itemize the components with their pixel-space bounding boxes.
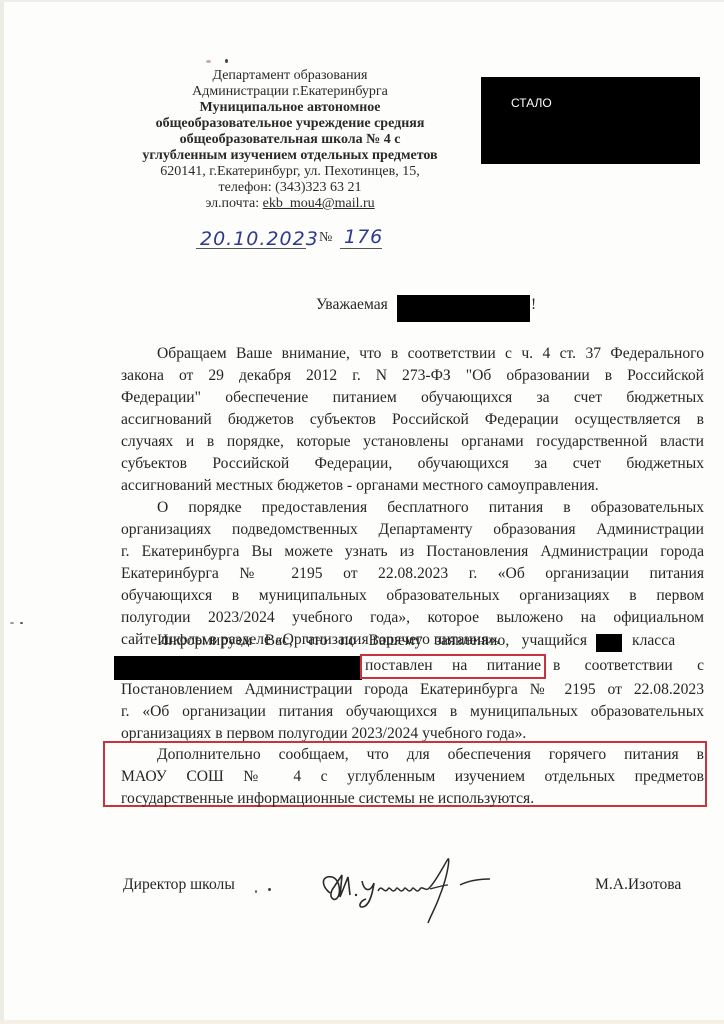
letterhead-phone: телефон: (343)323 63 21 xyxy=(120,180,460,196)
letterhead-department: Департамент образования xyxy=(120,68,460,84)
handwritten-date: 20.10.2023 xyxy=(200,228,319,250)
text-line: МАОУ СОШ № 4 с углубленным изучением отд… xyxy=(121,767,704,786)
text-line: О порядке предоставления бесплатного пит… xyxy=(157,498,704,517)
handwritten-number: 176 xyxy=(344,226,383,248)
email-link[interactable]: ekb_mou4@mail.ru xyxy=(263,196,375,211)
scan-speck xyxy=(20,622,23,624)
text-line: в соответствии с xyxy=(553,656,704,675)
highlight-box-meal-status xyxy=(360,654,546,679)
greeting-exclamation: ! xyxy=(531,296,536,314)
text-line: г. Екатеринбурга Вы можете узнать из Пос… xyxy=(121,542,704,561)
text-line: полугодии 2023/2024 учебного года», кото… xyxy=(121,608,704,627)
signatory-title: Директор школы xyxy=(123,876,235,894)
text-line: организациях подведомственных Департамен… xyxy=(121,520,704,539)
letterhead-school-line-2: общеобразовательное учреждение средняя xyxy=(120,116,460,132)
text-line: субъектов Российской Федерации, обучающи… xyxy=(121,454,704,473)
text-line: Информируем Вас, что по Вашему заявлению… xyxy=(157,631,587,650)
letterhead-email-row: эл.почта: ekb_mou4@mail.ru xyxy=(120,196,460,212)
redaction-stamp-box: СТАЛО xyxy=(481,77,700,164)
recipient-name-redaction xyxy=(397,295,530,322)
signatory-name: М.А.Изотова xyxy=(595,876,681,894)
text-line: класса xyxy=(632,631,704,650)
text-line: государственные информационные системы н… xyxy=(121,789,704,808)
text-line: закона от 29 декабря 2012 г. N 273-ФЗ "О… xyxy=(121,366,704,385)
text-line: Федерации" обеспечение питанием обучающи… xyxy=(121,388,704,407)
scan-speck xyxy=(268,888,271,891)
letterhead-school-line-4: углубленным изучением отдельных предмето… xyxy=(120,148,460,164)
scan-speck xyxy=(255,890,257,893)
scan-speck xyxy=(225,59,228,63)
number-underline xyxy=(340,248,382,249)
text-line: Постановлением Администрации города Екат… xyxy=(121,680,704,699)
greeting: Уважаемая xyxy=(316,296,388,314)
letterhead-administration: Администрации г.Екатеринбурга xyxy=(120,84,460,100)
student-name-redaction xyxy=(114,656,362,680)
letterhead-address: 620141, г.Екатеринбург, ул. Пехотинцев, … xyxy=(120,164,460,180)
text-line: Обращаем Ваше внимание, что в соответств… xyxy=(157,344,704,363)
text-line: ассигнований местных бюджетов - органами… xyxy=(121,476,704,495)
text-line: Екатеринбурга № 2195 от 22.08.2023 г. «О… xyxy=(121,564,704,583)
page-edge-top xyxy=(0,0,724,2)
number-sign: № xyxy=(319,230,332,246)
text-line: случаях и в порядке, которые установлены… xyxy=(121,432,704,451)
page-edge-bottom xyxy=(0,1020,724,1024)
text-line: Дополнительно сообщаем, что для обеспече… xyxy=(157,745,704,764)
scan-speck xyxy=(10,622,14,624)
letterhead-school-line-1: Муниципальное автономное xyxy=(120,100,460,116)
page-edge-left xyxy=(0,0,4,1024)
text-line: ассигнований бюджетов субъектов Российск… xyxy=(121,410,704,429)
handwritten-signature-icon xyxy=(318,855,508,925)
date-underline xyxy=(196,248,306,249)
scan-speck xyxy=(206,60,211,63)
letterhead-school-line-3: общеобразовательная школа № 4 с xyxy=(120,132,460,148)
text-line: г. «Об организации питания обучающихся в… xyxy=(121,702,704,721)
stamp-label: СТАЛО xyxy=(511,96,552,110)
email-label: эл.почта: xyxy=(205,196,262,211)
text-line: обучающихся в муниципальных образователь… xyxy=(121,586,704,605)
class-number-redaction xyxy=(596,634,622,652)
